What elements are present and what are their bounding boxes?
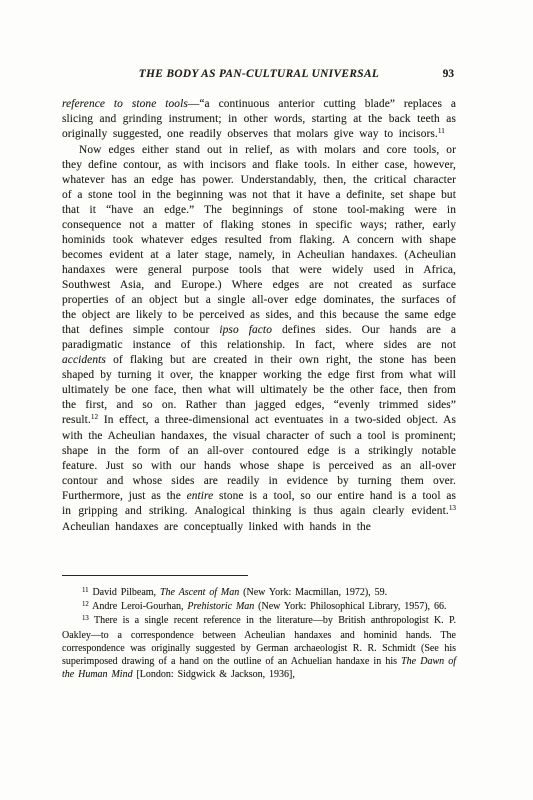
footnote-marker: 11 (82, 587, 89, 594)
footnote-separator (62, 575, 248, 576)
text-segment: (New York: Philosophical Library, 1957),… (254, 601, 446, 612)
footnote: 13 There is a single recent reference in… (62, 614, 456, 681)
footnote-reference: 12 (91, 413, 98, 421)
text-segment: David Pilbeam, (89, 587, 160, 598)
footnote-marker: 13 (82, 615, 89, 622)
text-segment: ipso facto (219, 324, 272, 336)
footnote-reference: 11 (438, 127, 445, 135)
text-segment: accidents (62, 354, 106, 366)
text-segment: [London: Sidgwick & Jackson, 1936], (133, 669, 295, 680)
running-head: THE BODY AS PAN-CULTURAL UNIVERSAL 93 (62, 68, 456, 83)
text-segment: reference to stone tools (62, 98, 188, 110)
text-segment: Now edges either stand out in relief, as… (62, 144, 456, 336)
footnote: 12 Andre Leroi-Gourhan, Prehistoric Man … (62, 600, 456, 614)
running-header-title: THE BODY AS PAN-CULTURAL UNIVERSAL (62, 68, 456, 80)
text-segment: There is a single recent reference in th… (62, 615, 456, 667)
page-number: 93 (443, 68, 454, 80)
text-segment: In effect, a three-dimensional act event… (62, 414, 456, 502)
footnote-marker: 12 (82, 601, 89, 608)
text-segment: (New York: Macmillan, 1972), 59. (239, 587, 387, 598)
text-segment: Acheulian handaxes are conceptually link… (62, 521, 371, 533)
text-segment: The Ascent of Man (160, 587, 239, 598)
text-segment: Andre Leroi-Gourhan, (89, 601, 188, 612)
footnote: 11 David Pilbeam, The Ascent of Man (New… (62, 586, 456, 600)
body-text: reference to stone tools—“a continuous a… (62, 97, 456, 535)
text-segment: Prehistoric Man (187, 601, 254, 612)
paragraph: Now edges either stand out in relief, as… (62, 143, 456, 535)
paragraph: reference to stone tools—“a continuous a… (62, 97, 456, 143)
scanned-book-page: THE BODY AS PAN-CULTURAL UNIVERSAL 93 re… (0, 0, 533, 800)
footnotes: 11 David Pilbeam, The Ascent of Man (New… (62, 586, 456, 681)
footnote-reference: 13 (449, 504, 456, 512)
text-segment: entire (187, 490, 214, 502)
